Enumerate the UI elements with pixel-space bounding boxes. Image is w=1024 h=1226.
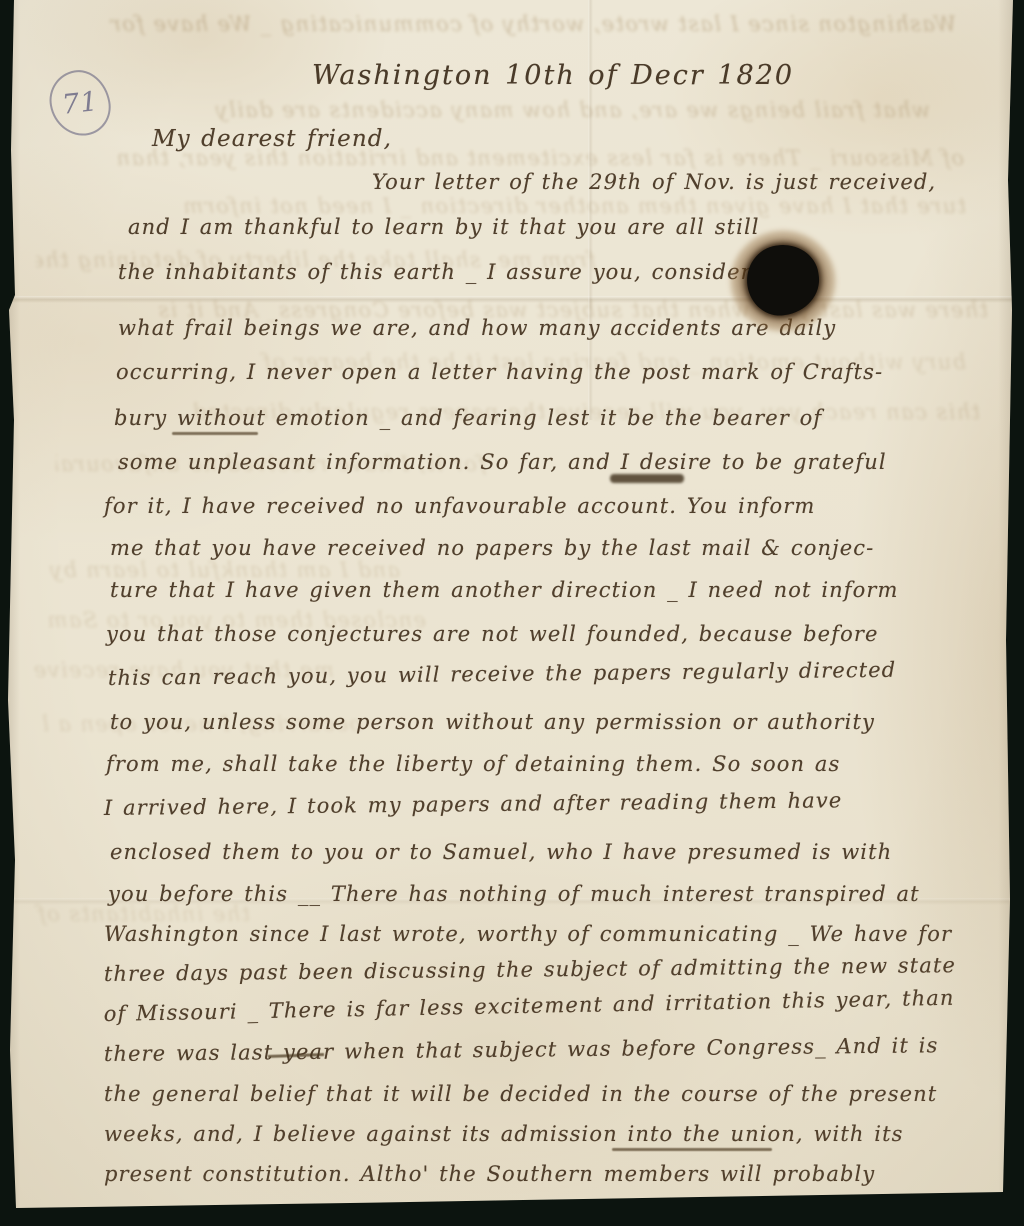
bleedthrough-text: what frail beings we are, and how many a… — [70, 98, 930, 122]
letter-line: the general belief that it will be decid… — [104, 1082, 937, 1106]
letter-line: and I am thankful to learn by it that yo… — [128, 215, 760, 239]
letter-line: from me, shall take the liberty of detai… — [106, 752, 840, 776]
underline-desire — [610, 474, 684, 483]
letter-line: three days past been discussing the subj… — [104, 953, 956, 986]
letter-line: for it, I have received no unfavourable … — [104, 494, 815, 518]
letter-line: you that those conjectures are not well … — [106, 622, 879, 646]
letter-line: present constitution. Altho' the Souther… — [104, 1162, 875, 1186]
letter-line: some unpleasant information. So far, and… — [118, 450, 887, 474]
letter-dateline: Washington 10th of Decr 1820 — [312, 60, 794, 91]
letter-line: weeks, and, I believe against its admiss… — [104, 1122, 904, 1146]
letter-line: you before this __ There has nothing of … — [108, 882, 920, 906]
letter-line: enclosed them to you or to Samuel, who I… — [110, 840, 892, 864]
letter-line: the inhabitants of this earth _ I assure… — [118, 260, 789, 284]
letter-page: Washington since I last wrote, worthy of… — [0, 0, 1024, 1226]
letter-line: to you, unless some person without any p… — [110, 710, 875, 734]
letter-line: occurring, I never open a letter having … — [116, 360, 883, 384]
underline-without — [172, 432, 258, 435]
underline-into-the-union — [612, 1148, 772, 1151]
archival-page-number: 71 — [45, 65, 116, 140]
letter-line: Your letter of the 29th of Nov. is just … — [372, 170, 936, 194]
letter-line: bury without emotion _ and fearing lest … — [114, 406, 822, 430]
scan-backdrop: Washington since I last wrote, worthy of… — [0, 0, 1024, 1226]
letter-line: what frail beings we are, and how many a… — [118, 316, 836, 340]
letter-line: there was last year when that subject wa… — [104, 1033, 939, 1066]
letter-line: ture that I have given them another dire… — [110, 578, 899, 602]
fold-crease-horizontal — [0, 296, 1024, 303]
bleedthrough-text: Washington since I last wrote, worthy of… — [56, 12, 956, 36]
letter-line: I arrived here, I took my papers and aft… — [104, 788, 843, 820]
letter-line: of Missouri _ There is far less exciteme… — [104, 986, 955, 1026]
letter-line: Washington since I last wrote, worthy of… — [104, 922, 952, 946]
letter-salutation: My dearest friend, — [152, 126, 392, 152]
archival-page-number-value: 71 — [60, 86, 99, 121]
letter-line: this can reach you, you will receive the… — [108, 658, 897, 690]
letter-line: me that you have received no papers by t… — [110, 536, 874, 560]
